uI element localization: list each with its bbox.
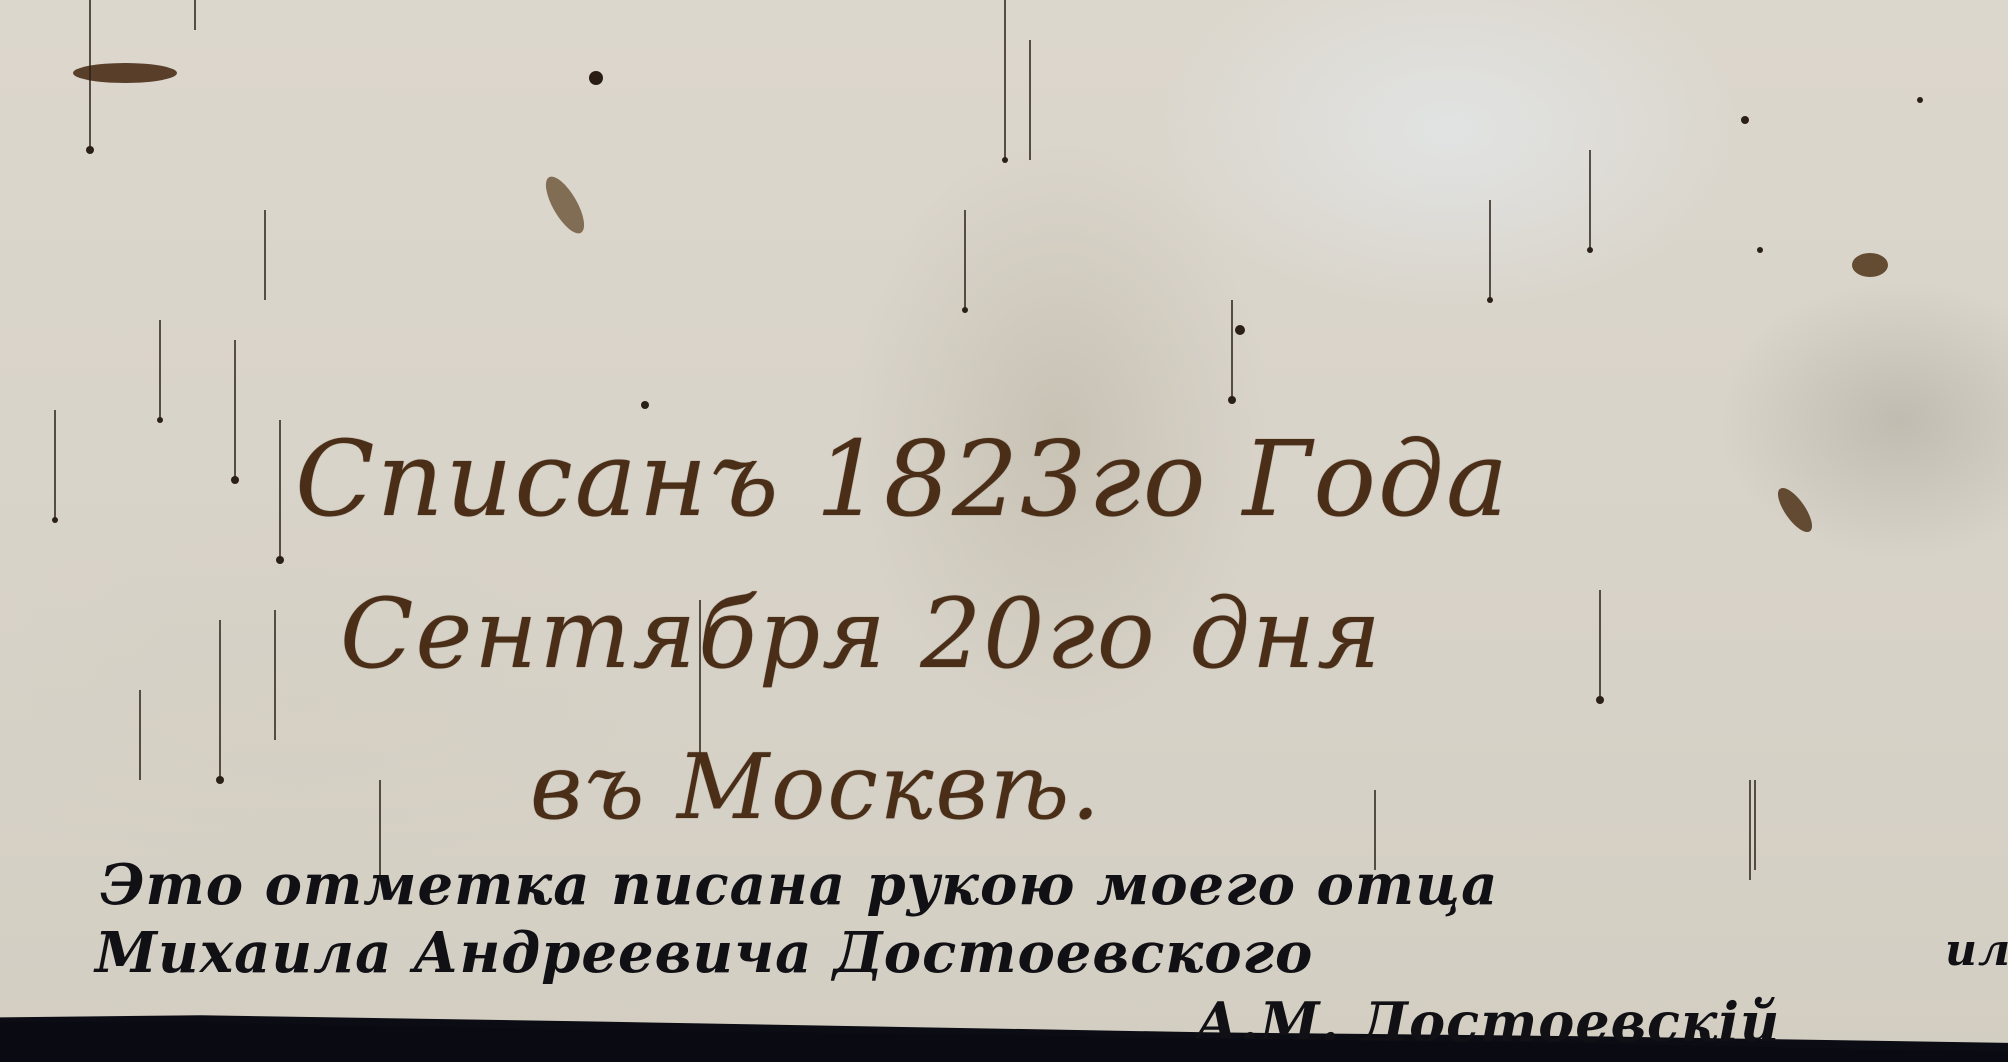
main-text-line-1: Списанъ 1823го Года xyxy=(295,418,1510,540)
main-text-line-3: въ Москвѣ. xyxy=(530,735,1102,840)
annotation-line-1: Это отметка писана рукою моего отца xyxy=(100,852,1498,918)
annotation-line-2: Михаила Андреевича Достоевского xyxy=(95,920,1313,986)
annotation-margin-mark: ил xyxy=(1945,925,2008,976)
main-text-line-2: Сентября 20го дня xyxy=(340,578,1383,690)
